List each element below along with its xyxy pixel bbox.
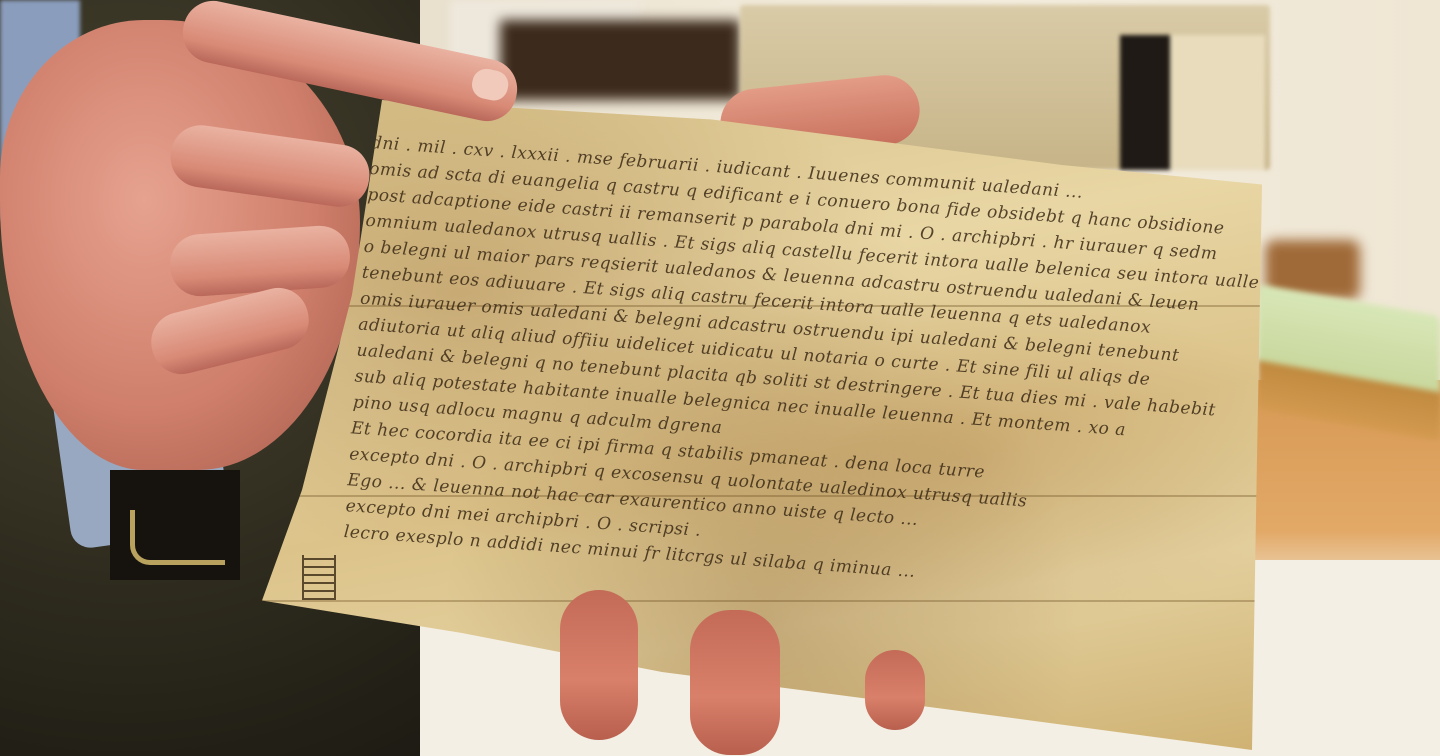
- dark-shelf: [500, 20, 740, 100]
- file-box-stripe: [1120, 35, 1170, 170]
- right-finger: [560, 590, 638, 740]
- fingernail: [469, 66, 510, 103]
- belt-buckle: [130, 510, 225, 565]
- file-box-label: [1170, 35, 1265, 170]
- notary-monogram: [302, 555, 336, 600]
- right-finger: [690, 610, 780, 755]
- ring-finger: [168, 224, 352, 298]
- right-finger: [865, 650, 925, 730]
- manuscript-text: dni . mil . cxv . lxxxii . mse februarii…: [343, 130, 1240, 606]
- fold-line: [262, 600, 1262, 602]
- photo-scene: dni . mil . cxv . lxxxii . mse februarii…: [0, 0, 1440, 756]
